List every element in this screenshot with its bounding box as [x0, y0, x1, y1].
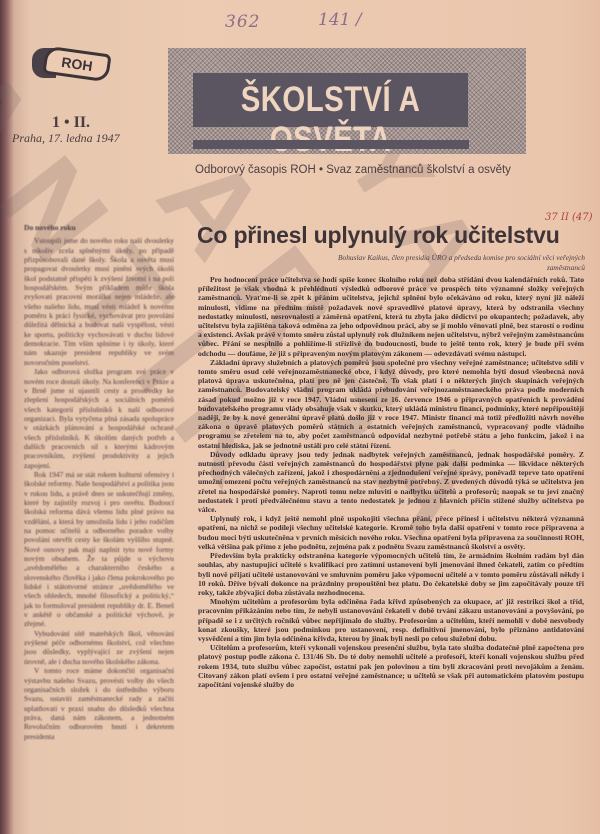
article-paragraph: Uplynulý rok, i když ještě nemohl plně u… — [198, 514, 584, 551]
article-paragraph: Mnohým učitelům a profesorům byla odčině… — [198, 597, 584, 643]
newspaper-page: ANTIK ARBA YA 362 141 / 37 II (47) ROH 1… — [0, 0, 600, 834]
left-column-paragraph: Jako odborová složka program své práce v… — [24, 367, 174, 470]
masthead: ŠKOLSTVÍ A OSVĚTA — [168, 48, 526, 154]
left-column-article: Do nového roku Vstoupili jsme do nového … — [24, 223, 174, 741]
left-column-heading: Do nového roku — [24, 223, 174, 232]
roh-logo: ROH — [28, 44, 98, 84]
left-column-paragraph: Vybudování sítě mateřských škol, věnován… — [24, 629, 174, 666]
left-column-paragraph: Rok 1947 má se stát rokem kulturní ofens… — [24, 470, 174, 629]
article-paragraph: Základní úpravy služebních a platových p… — [198, 358, 584, 450]
article-byline: Bohuslav Kaikus, člen presidia ÚRO a pře… — [300, 253, 585, 273]
left-column-paragraph: Vstoupili jsme do nového roku naší dvoul… — [24, 236, 174, 367]
left-column-paragraph: V tomto roce máme dokončiti organisační … — [24, 666, 174, 741]
issue-date: Praha, 17. ledna 1947 — [12, 131, 120, 146]
article-paragraph: Učitelům a profesorům, kteří vykonali vo… — [198, 643, 584, 689]
article-title: Co přinesl uplynulý rok učitelstvu — [197, 222, 560, 249]
article-paragraph: Důvody odkladu úpravy jsou tedy jednak n… — [198, 450, 584, 514]
masthead-bar — [193, 140, 469, 149]
handwritten-annotation: 362 — [225, 12, 260, 32]
main-article-body: Pro hodnocení práce učitelstva se hodí s… — [198, 275, 584, 689]
masthead-subtitle: Odborový časopis ROH • Svaz zaměstnanců … — [195, 164, 511, 176]
issue-number: 1 • II. — [52, 114, 90, 132]
article-paragraph: Pro hodnocení práce učitelstva se hodí s… — [198, 275, 584, 358]
masthead-title-box: ŠKOLSTVÍ A OSVĚTA — [193, 73, 468, 127]
article-paragraph: Především byla prakticky odstraněna kate… — [198, 551, 584, 597]
handwritten-annotation: 141 / — [318, 10, 362, 30]
